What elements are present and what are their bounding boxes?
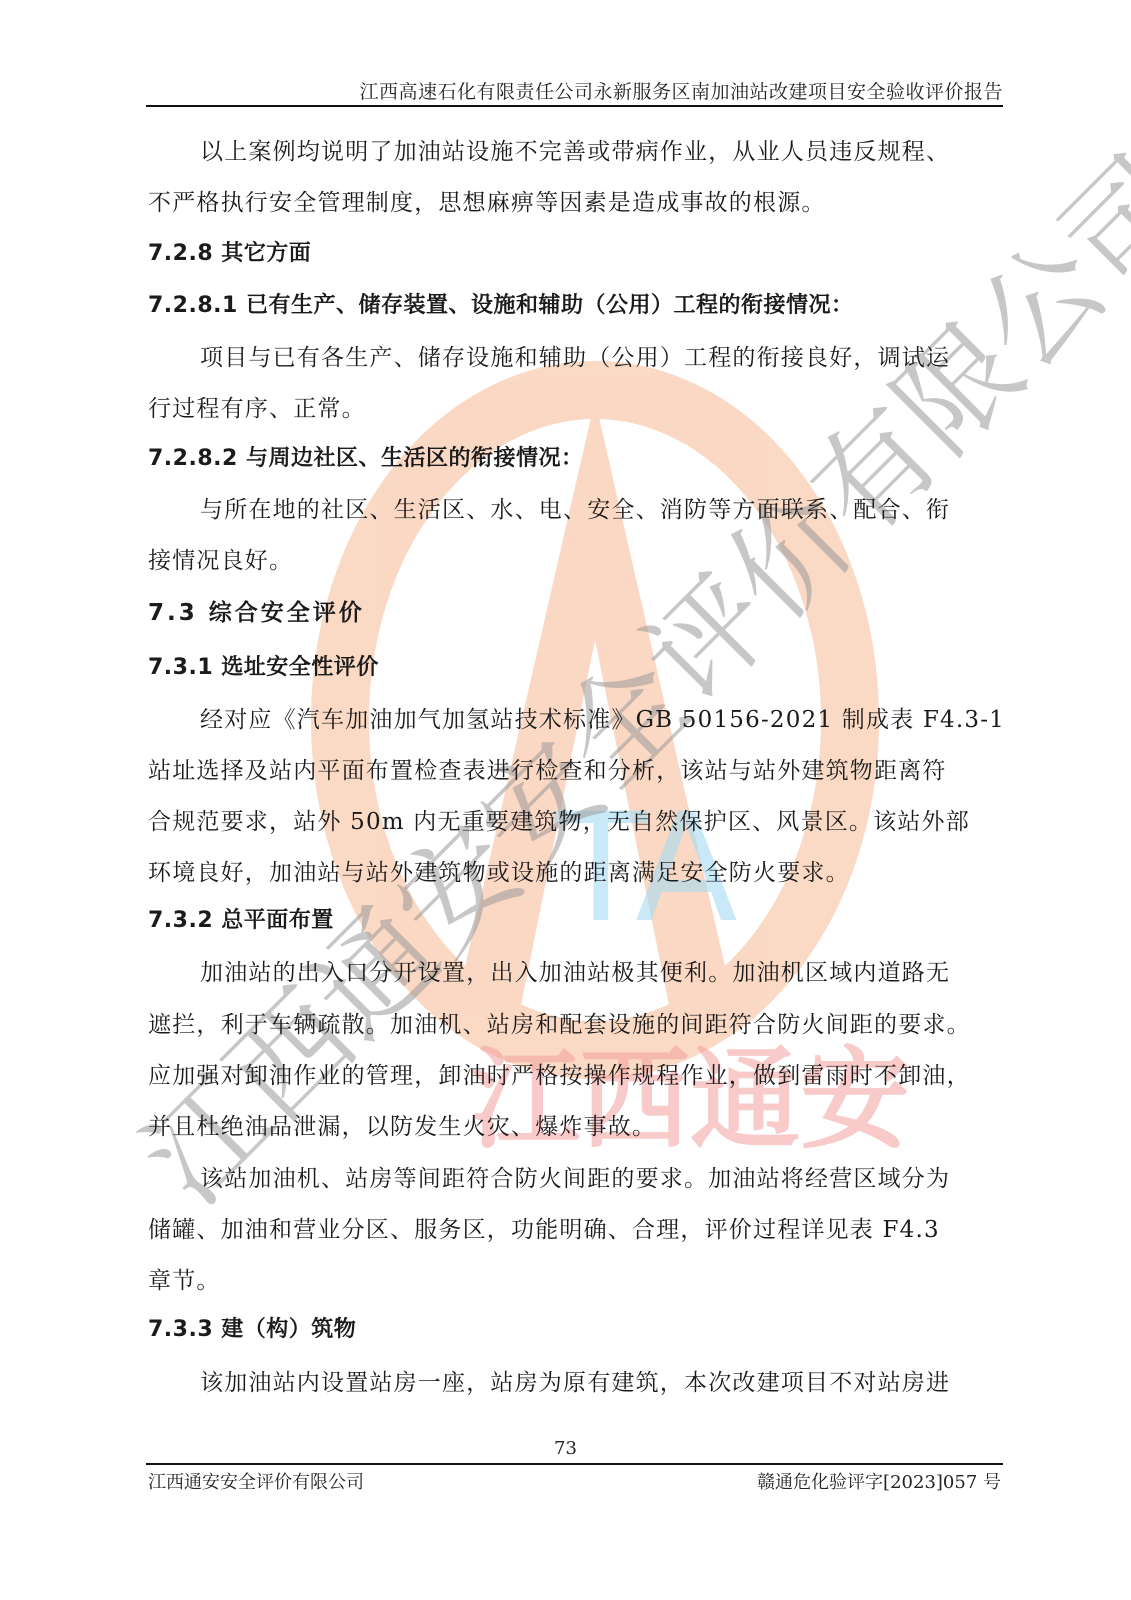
header-divider [146,105,1003,107]
paragraph-line: 应加强对卸油作业的管理，卸油时严格按操作规程作业，做到雷雨时不卸油， [148,1057,1006,1090]
section-heading-7-3-3: 7.3.3 建（构）筑物 [148,1312,1006,1343]
footer-company: 江西通安安全评价有限公司 [148,1468,364,1494]
paragraph-line: 储罐、加油和营业分区、服务区，功能明确、合理，评价过程详见表 F4.3 [148,1211,1006,1244]
brand-watermark-text: 江西通安 [470,1036,910,1164]
page-number: 73 [0,1438,1131,1459]
paragraph-line: 章节。 [148,1262,1006,1295]
paragraph-line: 接情况良好。 [148,542,1006,575]
paragraph-line: 并且杜绝油品泄漏，以防发生火灾、爆炸事故。 [148,1108,1006,1141]
paragraph-line: 站址选择及站内平面布置检查表进行检查和分析，该站与站外建筑物距离符 [148,752,1006,785]
paragraph-line: 加油站的出入口分开设置，出入加油站极其便利。加油机区域内道路无 [148,954,1058,987]
report-header-title: 江西高速石化有限责任公司永新服务区南加油站改建项目安全验收评价报告 [150,77,1003,104]
section-heading-7-3-1: 7.3.1 选址安全性评价 [148,650,1006,681]
section-heading-7-3-2: 7.3.2 总平面布置 [148,903,1006,934]
document-page: TA 江西通安 江西通安安全评价有限公司 江西高速石化有限责任公司永新服务区南加… [0,0,1131,1600]
section-heading-7-3: 7.3 综合安全评价 [148,594,1006,627]
section-heading-7-2-8-1: 7.2.8.1 已有生产、储存装置、设施和辅助（公用）工程的衔接情况： [148,288,1006,319]
paragraph-line: 以上案例均说明了加油站设施不完善或带病作业，从业人员违反规程、 [148,133,1058,166]
paragraph-line: 与所在地的社区、生活区、水、电、安全、消防等方面联系、配合、衔 [148,491,1058,524]
paragraph-line: 项目与已有各生产、储存设施和辅助（公用）工程的衔接良好，调试运 [148,339,1058,372]
paragraph-line: 该加油站内设置站房一座，站房为原有建筑，本次改建项目不对站房进 [148,1364,1058,1397]
paragraph-line: 行过程有序、正常。 [148,390,1006,423]
paragraph-line: 不严格执行安全管理制度，思想麻痹等因素是造成事故的根源。 [148,184,1006,217]
paragraph-line: 经对应《汽车加油加气加氢站技术标准》GB 50156-2021 制成表 F4.3… [148,701,1058,734]
footer-document-number: 赣通危化验评字[2023]057 号 [757,1468,1001,1494]
paragraph-line: 合规范要求，站外 50m 内无重要建筑物，无自然保护区、风景区。该站外部 [148,803,1006,836]
section-heading-7-2-8-2: 7.2.8.2 与周边社区、生活区的衔接情况： [148,441,1006,472]
footer-divider [146,1463,1003,1465]
section-heading-7-2-8: 7.2.8 其它方面 [148,236,1006,267]
paragraph-line: 遮拦，利于车辆疏散。加油机、站房和配套设施的间距符合防火间距的要求。 [148,1006,1006,1039]
paragraph-line: 该站加油机、站房等间距符合防火间距的要求。加油站将经营区域分为 [148,1160,1058,1193]
paragraph-line: 环境良好，加油站与站外建筑物或设施的距离满足安全防火要求。 [148,854,1006,887]
